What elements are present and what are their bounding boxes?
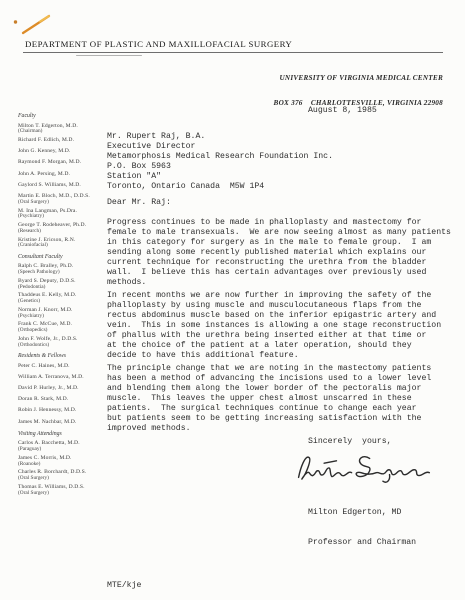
member-name: Robin J. Hennessy, M.D. <box>18 408 114 414</box>
member-name: John G. Kenney, M.D. <box>18 149 114 155</box>
handwritten-signature <box>289 449 437 485</box>
reference-initials: MTE/kje <box>107 581 459 591</box>
member-specialty: (Pedodontia) <box>18 285 114 290</box>
sidebar-section-heading: Visiting Attendings <box>18 431 114 437</box>
member-specialty: (Speech Pathology) <box>18 270 114 275</box>
faculty-member: Gaylord S. Williams, M.D. <box>18 183 114 189</box>
letterhead-department-title: DEPARTMENT OF PLASTIC AND MAXILLOFACIAL … <box>25 39 292 49</box>
member-specialty: (Roanoke) <box>18 462 114 467</box>
letter-paragraphs: Progress continues to be made in phallop… <box>107 218 459 434</box>
faculty-member: Charles R. Borchardt, D.D.S.(Oral Surger… <box>18 470 114 481</box>
faculty-roster-sidebar: FacultyMilton T. Edgerton, M.D.(Chairman… <box>18 110 114 499</box>
member-name: David P. Hurley, Jr., M.D. <box>18 386 114 392</box>
salutation: Dear Mr. Raj: <box>107 198 459 208</box>
orange-pen-mark-icon <box>12 12 56 37</box>
faculty-member: Thaddeus E. Kelly, M.D.(Genetics) <box>18 293 114 304</box>
faculty-member: James M. Nachbar, M.D. <box>18 420 114 426</box>
member-specialty: (Craniofacial) <box>18 243 114 248</box>
member-name: John A. Persing, M.D. <box>18 172 114 178</box>
member-specialty: (Genetics) <box>18 299 114 304</box>
member-specialty: (Chairman) <box>18 129 114 134</box>
member-specialty: (Oral Surgery) <box>18 491 114 496</box>
sidebar-section-heading: Consultant Faculty <box>18 254 114 260</box>
member-name: Gaylord S. Williams, M.D. <box>18 183 114 189</box>
member-name: Raymond F. Morgan, M.D. <box>18 160 114 166</box>
faculty-member: Doran R. Stark, M.D. <box>18 397 114 403</box>
faculty-member: Robin J. Hennessy, M.D. <box>18 408 114 414</box>
member-specialty: (Psychiatry) <box>18 214 114 219</box>
faculty-member: John G. Kenney, M.D. <box>18 149 114 155</box>
faculty-member: William A. Terranova, M.D. <box>18 375 114 381</box>
letter-date: August 8, 1985 <box>308 106 459 116</box>
signer-title: Professor and Chairman <box>308 538 459 548</box>
faculty-member: Carlos A. Bacchetta, M.D.(Paraguay) <box>18 441 114 452</box>
faculty-member: Martin E. Bloch, M.D., D.D.S.(Oral Surge… <box>18 194 114 205</box>
signature-block: Milton Edgerton, MD Professor and Chairm… <box>308 488 459 568</box>
signer-name: Milton Edgerton, MD <box>308 508 459 518</box>
smudge-mark <box>76 55 142 57</box>
member-specialty: (Orthodontics) <box>18 343 114 348</box>
member-name: James M. Nachbar, M.D. <box>18 420 114 426</box>
faculty-member: Thomas E. Williams, D.D.S.(Oral Surgery) <box>18 485 114 496</box>
closing-line: Sincerely yours, <box>308 437 459 447</box>
member-specialty: (Orthopedics) <box>18 328 114 333</box>
letter-paragraph: Progress continues to be made in phallop… <box>107 218 459 288</box>
faculty-member: George T. Rodeheaver, Ph.D.(Research) <box>18 223 114 234</box>
faculty-member: Peter C. Haines, M.D. <box>18 364 114 370</box>
faculty-member: Kristine J. Ericson, R.N.(Craniofacial) <box>18 238 114 249</box>
member-specialty: (Paraguay) <box>18 447 114 452</box>
letterhead-divider <box>23 52 443 53</box>
faculty-member: M. Ina Langman, Ps.Dra.(Psychiatry) <box>18 209 114 220</box>
letter-paragraph: The principle change that we are noting … <box>107 364 459 434</box>
faculty-member: James C. Morris, M.D.(Roanoke) <box>18 456 114 467</box>
sidebar-section-heading: Residents & Fellows <box>18 353 114 359</box>
scanned-letter-page: DEPARTMENT OF PLASTIC AND MAXILLOFACIAL … <box>0 0 465 600</box>
institution-name: UNIVERSITY OF VIRGINIA MEDICAL CENTER <box>274 74 443 82</box>
faculty-member: John A. Persing, M.D. <box>18 172 114 178</box>
faculty-member: Frank C. McCue, M.D.(Orthopedics) <box>18 322 114 333</box>
recipient-address-block: Mr. Rupert Raj, B.A. Executive Director … <box>107 132 459 192</box>
member-specialty: (Psychiatry) <box>18 314 114 319</box>
faculty-member: Norman J. Knorr, M.D.(Psychiatry) <box>18 308 114 319</box>
faculty-member: David P. Hurley, Jr., M.D. <box>18 386 114 392</box>
letter-paragraph: In recent months we are now further in i… <box>107 291 459 361</box>
sidebar-section-heading: Faculty <box>18 113 114 119</box>
faculty-member: Milton T. Edgerton, M.D.(Chairman) <box>18 124 114 135</box>
faculty-member: Raymond F. Morgan, M.D. <box>18 160 114 166</box>
member-name: William A. Terranova, M.D. <box>18 375 114 381</box>
member-specialty: (Research) <box>18 229 114 234</box>
member-name: Richard F. Edlich, M.D. <box>18 138 114 144</box>
faculty-member: Ralph C. Bralley, Ph.D.(Speech Pathology… <box>18 264 114 275</box>
faculty-member: Richard F. Edlich, M.D. <box>18 138 114 144</box>
member-name: Peter C. Haines, M.D. <box>18 364 114 370</box>
member-specialty: (Oral Surgery) <box>18 476 114 481</box>
letter-body: August 8, 1985 Mr. Rupert Raj, B.A. Exec… <box>107 106 459 591</box>
member-specialty: (Oral Surgery) <box>18 200 114 205</box>
faculty-member: Byard S. Deputy, D.D.S.(Pedodontia) <box>18 279 114 290</box>
member-name: Doran R. Stark, M.D. <box>18 397 114 403</box>
faculty-member: John F. Wolfe, Jr., D.D.S.(Orthodontics) <box>18 337 114 348</box>
